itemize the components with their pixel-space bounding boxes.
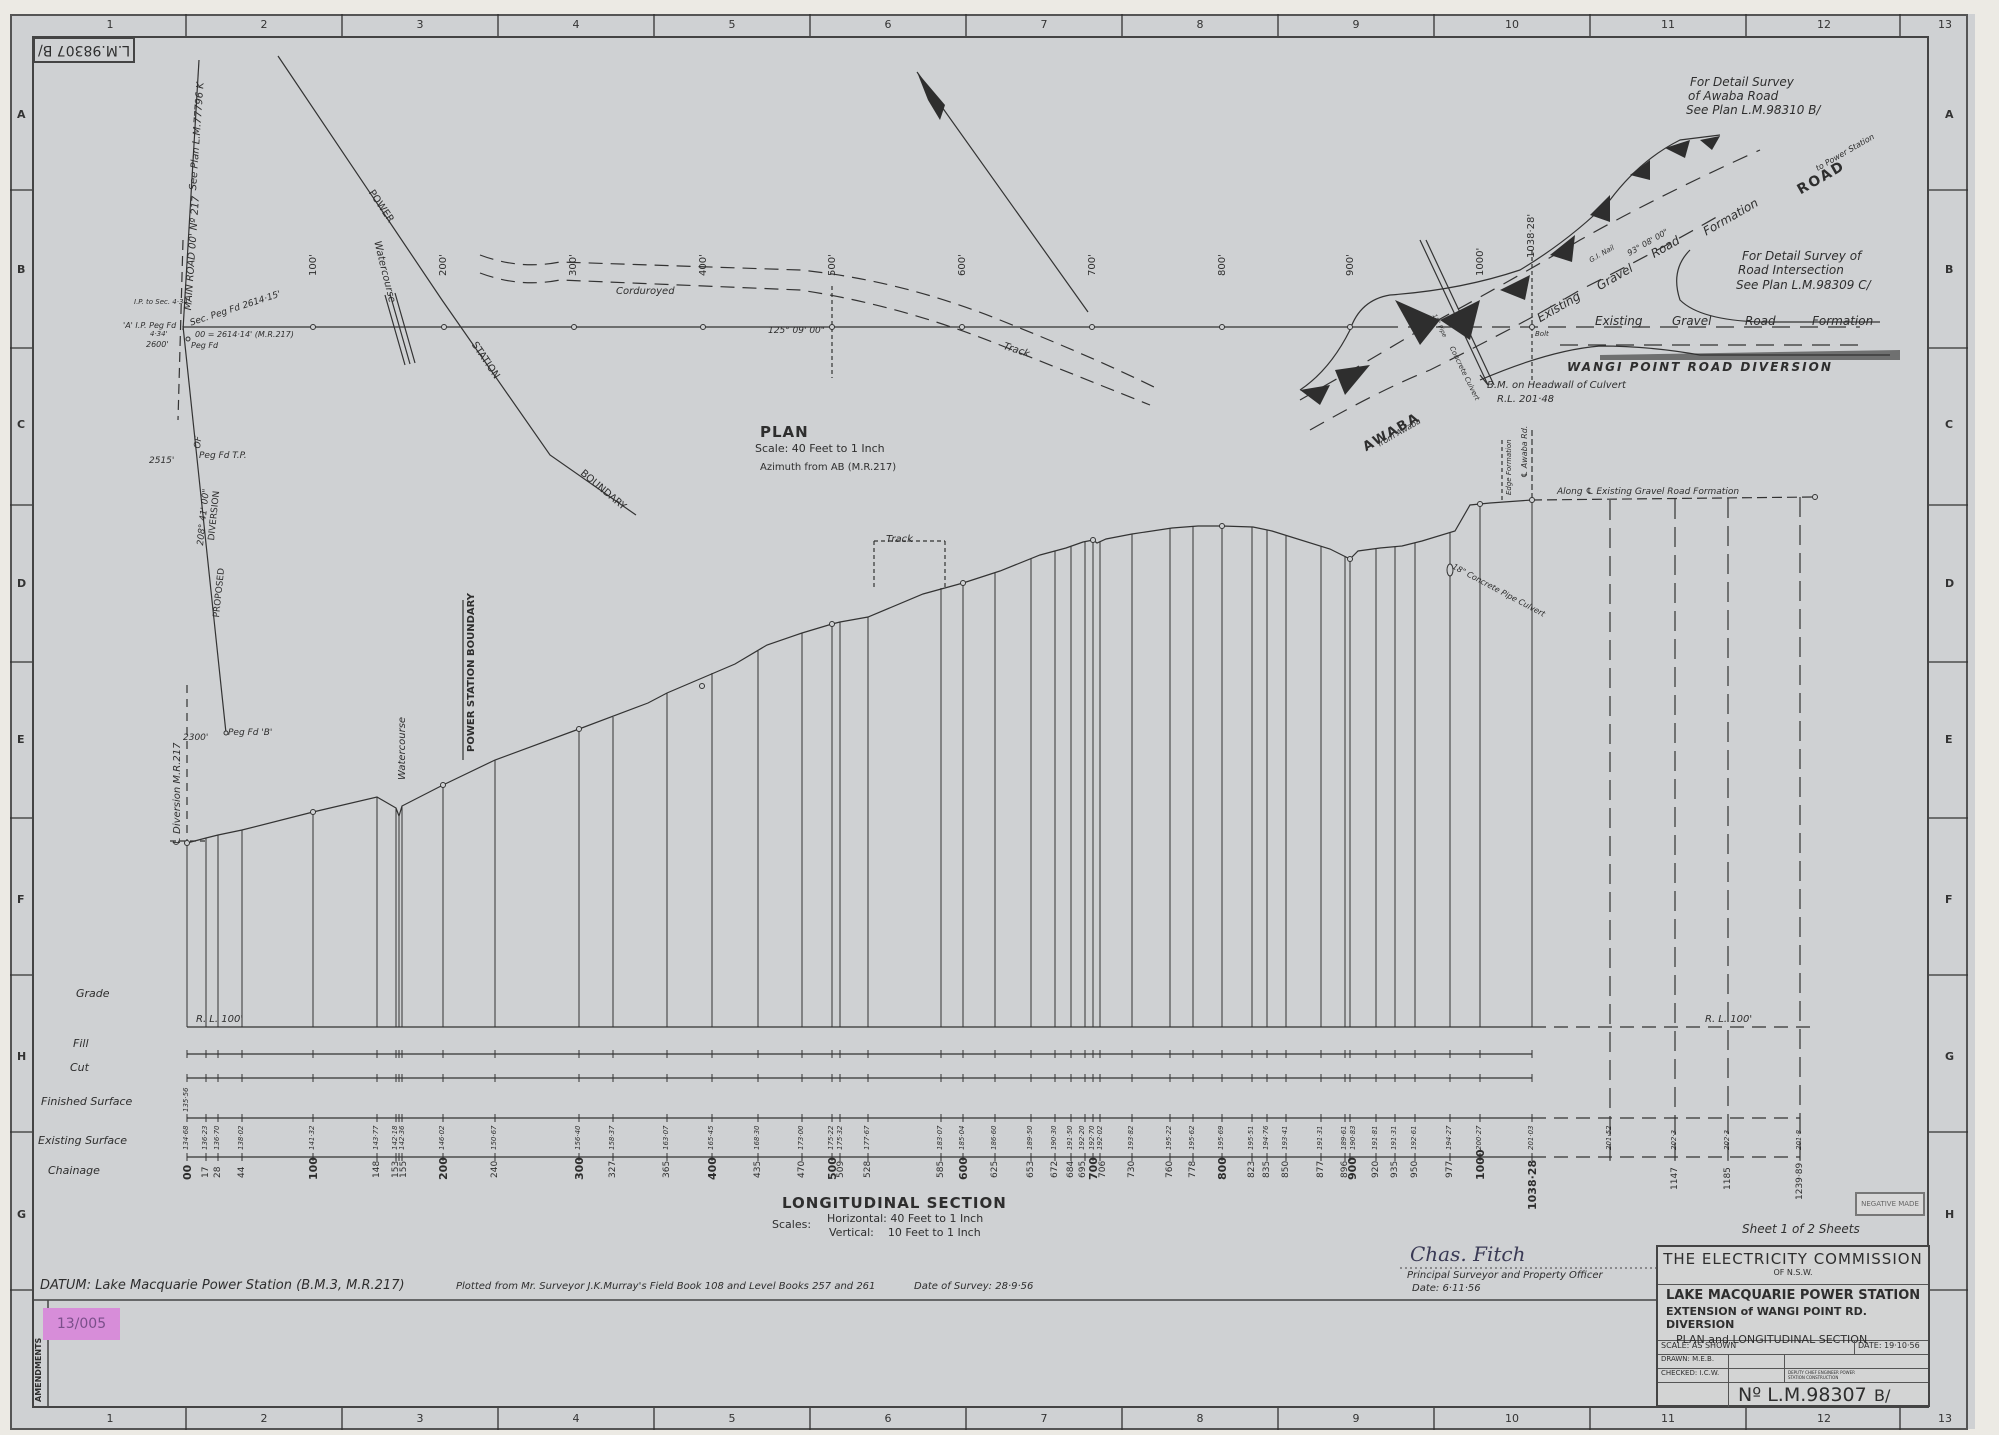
plan-scale: Scale: 40 Feet to 1 Inch bbox=[755, 442, 885, 455]
negative-made-stamp: NEGATIVE MADE bbox=[1855, 1192, 1925, 1216]
along-existing-label: Along ℄ Existing Gravel Road Formation bbox=[1557, 487, 1739, 497]
detail-intersection-line2: Road Intersection bbox=[1738, 263, 1844, 277]
row-label-finished-surface: Finished Surface bbox=[41, 1095, 132, 1108]
chainage-value: 509 bbox=[836, 1161, 846, 1178]
existing-surface-value: 192·61 bbox=[1410, 1126, 1418, 1151]
power-station-boundary-label: POWER STATION BOUNDARY bbox=[466, 593, 477, 752]
datum-text: DATUM: Lake Macquarie Power Station (B.M… bbox=[40, 1278, 405, 1293]
plan-ch-500: 500' bbox=[827, 254, 838, 276]
detail-intersection-line1: For Detail Survey of bbox=[1742, 249, 1861, 263]
amendments-label: AMENDMENTS bbox=[34, 1338, 43, 1402]
chainage-value: 760 bbox=[1165, 1161, 1175, 1178]
signed-date: Date: 6·11·56 bbox=[1412, 1283, 1481, 1294]
chainage-value: 950 bbox=[1410, 1161, 1420, 1178]
plan-ch-1038: 1038·28' bbox=[1526, 214, 1537, 258]
existing-surface-value: 201·03 bbox=[1527, 1126, 1535, 1151]
rl-100-right-label: R. L. 100' bbox=[1705, 1014, 1752, 1025]
chainage-value: 00 bbox=[181, 1165, 194, 1180]
existing-surface-value: 192·02 bbox=[1096, 1126, 1104, 1151]
plan-ch-900: 900' bbox=[1345, 254, 1356, 276]
edge-formation-label: Edge Formation bbox=[1505, 439, 1513, 495]
existing-surface-value: 186·60 bbox=[990, 1126, 998, 1151]
chainage-value: 1038·28 bbox=[1526, 1160, 1539, 1210]
tb-checked-row: CHECKED: I.C.W. DEPUTY CHIEF ENGINEER PO… bbox=[1658, 1369, 1928, 1383]
gravel2-label: Gravel bbox=[1672, 314, 1711, 328]
chainage-value: 835 bbox=[1262, 1161, 1272, 1178]
existing-surface-value: 142·36 bbox=[398, 1126, 406, 1151]
tb-drawing-number: Nº L.M.98307 bbox=[1738, 1384, 1867, 1406]
existing-surface-value: 183·07 bbox=[936, 1126, 944, 1151]
road2-label: Road bbox=[1745, 314, 1776, 328]
row-label-chainage: Chainage bbox=[48, 1164, 100, 1177]
existing-surface-value: 150·67 bbox=[490, 1126, 498, 1151]
tb-scale-row: SCALE: AS SHOWN DATE: 19·10·56 bbox=[1658, 1341, 1928, 1355]
chainage-value: 240 bbox=[490, 1161, 500, 1178]
chainage-value: 850 bbox=[1281, 1161, 1291, 1178]
plotted-from-text: Plotted from Mr. Surveyor J.K.Murray's F… bbox=[456, 1281, 875, 1292]
chainage-value: 44 bbox=[237, 1167, 247, 1178]
chainage-value: 100 bbox=[307, 1157, 320, 1180]
chainage-value: 877 bbox=[1316, 1161, 1326, 1178]
signer-title: Principal Surveyor and Property Officer bbox=[1407, 1270, 1603, 1281]
plan-ch-200: 200' bbox=[438, 254, 449, 276]
chainage-value: 800 bbox=[1216, 1157, 1229, 1180]
chainage-value: 684 bbox=[1066, 1161, 1076, 1178]
section-track-label: Track bbox=[886, 534, 913, 545]
tb-drawn-row: DRAWN: M.E.B. bbox=[1658, 1355, 1928, 1369]
chainage-value: 920 bbox=[1371, 1161, 1381, 1178]
existing-surface-value: 191·50 bbox=[1066, 1126, 1074, 1151]
existing-surface-value: 175·32 bbox=[836, 1126, 844, 1151]
ip-to-sec-label: I.P. to Sec. 4·34' bbox=[134, 298, 190, 306]
existing-surface-value: 195·22 bbox=[1165, 1126, 1173, 1151]
chainage-value: 528 bbox=[863, 1161, 873, 1178]
plan-ch-700: 700' bbox=[1087, 254, 1098, 276]
chainage-value: 300 bbox=[573, 1157, 586, 1180]
tb-title-row: LAKE MACQUARIE POWER STATION EXTENSION o… bbox=[1658, 1285, 1928, 1341]
existing-surface-value: 193·82 bbox=[1127, 1126, 1135, 1151]
tb-org-row: THE ELECTRICITY COMMISSION OF N.S.W. bbox=[1658, 1247, 1928, 1285]
chainage-value: 28 bbox=[213, 1167, 223, 1178]
existing-surface-value: 185·04 bbox=[958, 1126, 966, 1151]
bolt-label: Bolt bbox=[1535, 330, 1549, 338]
tb-scale: SCALE: AS SHOWN bbox=[1661, 1341, 1736, 1350]
chainage-value: 823 bbox=[1247, 1161, 1257, 1178]
existing-surface-value: 165·45 bbox=[707, 1126, 715, 1151]
chainage-value: 1185 bbox=[1723, 1167, 1733, 1190]
tb-number-row: Nº L.M.98307 B/ bbox=[1658, 1383, 1928, 1407]
chainage-value: 17 bbox=[201, 1167, 211, 1178]
existing-surface-value: 175·22 bbox=[827, 1126, 835, 1151]
plan-ch-400: 400' bbox=[698, 254, 709, 276]
existing-surface-value: 141·32 bbox=[308, 1126, 316, 1151]
chainage-value: 200 bbox=[437, 1157, 450, 1180]
plan-ch-1000: 1000' bbox=[1475, 248, 1486, 276]
existing-surface-value: 173·00 bbox=[797, 1126, 805, 1151]
awaba-rd-label: ℄ Awaba Rd. bbox=[1520, 426, 1529, 478]
section-scale-vertical: Vertical: 10 Feet to 1 Inch bbox=[829, 1226, 981, 1239]
chainage-value: 625 bbox=[990, 1161, 1000, 1178]
chainage-value: 1000 bbox=[1474, 1149, 1487, 1180]
existing-surface-value: 193·41 bbox=[1281, 1126, 1289, 1151]
existing-surface-value: 163·07 bbox=[662, 1126, 670, 1151]
tb-revision: B/ bbox=[1874, 1386, 1890, 1405]
plan-ch-800: 800' bbox=[1217, 254, 1228, 276]
existing-surface-value: 191·31 bbox=[1390, 1126, 1398, 1151]
existing-surface-value: 136·70 bbox=[213, 1126, 221, 1151]
existing-surface-value: 190·30 bbox=[1050, 1126, 1058, 1151]
rl-100-left-label: R. L. 100' bbox=[196, 1014, 243, 1025]
section-title: LONGITUDINAL SECTION bbox=[782, 1194, 1007, 1212]
chainage-value: 365 bbox=[662, 1161, 672, 1178]
tb-drawn: DRAWN: M.E.B. bbox=[1661, 1355, 1714, 1363]
detail-awaba-line3: See Plan L.M.98310 B/ bbox=[1686, 103, 1820, 117]
tb-project: LAKE MACQUARIE POWER STATION bbox=[1666, 1288, 1928, 1303]
chainage-value: 600 bbox=[957, 1157, 970, 1180]
existing-surface-value: 190·83 bbox=[1349, 1126, 1357, 1151]
ip-dist-label: 4·34' bbox=[150, 330, 168, 338]
existing-surface-value: 177·67 bbox=[863, 1126, 871, 1151]
ch-2300-label: 2300' bbox=[183, 733, 208, 743]
existing-surface-value: 194·76 bbox=[1262, 1126, 1270, 1151]
existing-surface-value: 168·30 bbox=[753, 1126, 761, 1151]
tb-org: THE ELECTRICITY COMMISSION bbox=[1658, 1250, 1928, 1268]
tb-approver: DEPUTY CHIEF ENGINEER POWER STATION CONS… bbox=[1788, 1370, 1858, 1380]
section-scale-horizontal: Horizontal: 40 Feet to 1 Inch bbox=[827, 1212, 983, 1225]
formation2-label: Formation bbox=[1812, 314, 1873, 328]
existing-surface-value: 201·52 bbox=[1605, 1126, 1613, 1151]
row-label-fill: Fill bbox=[73, 1037, 89, 1050]
chainage-value: 470 bbox=[797, 1161, 807, 1178]
existing-surface-value: 143·77 bbox=[372, 1126, 380, 1151]
sheet-number: Sheet 1 of 2 Sheets bbox=[1742, 1222, 1860, 1236]
chainage-value: 778 bbox=[1188, 1161, 1198, 1178]
survey-date-text: Date of Survey: 28·9·56 bbox=[914, 1281, 1033, 1292]
plan-ch-100: 100' bbox=[308, 254, 319, 276]
row-label-existing-surface: Existing Surface bbox=[38, 1134, 127, 1147]
row-label-grade: Grade bbox=[76, 987, 110, 1000]
bm-headwall-label: B.M. on Headwall of Culvert bbox=[1487, 380, 1626, 391]
chainage-value: 327 bbox=[608, 1161, 618, 1178]
tb-org-sub: OF N.S.W. bbox=[1658, 1268, 1928, 1277]
existing-surface-value: 138·02 bbox=[237, 1126, 245, 1151]
row-label-cut: Cut bbox=[70, 1061, 89, 1074]
existing-surface-value: 156·40 bbox=[574, 1126, 582, 1151]
existing-surface-value: 202·3 bbox=[1723, 1130, 1731, 1150]
peg-fd-label: Peg Fd bbox=[191, 341, 218, 350]
chainage-value: 585 bbox=[936, 1161, 946, 1178]
chainage-value: 672 bbox=[1050, 1161, 1060, 1178]
existing-surface-value: 195·69 bbox=[1217, 1126, 1225, 1151]
peg-tp-label: Peg Fd T.P. bbox=[199, 451, 247, 461]
plan-title: PLAN bbox=[760, 423, 809, 441]
wangi-point-road-diversion-label: WANGI POINT ROAD DIVERSION bbox=[1567, 360, 1833, 374]
chain-00-label: 00 = 2614·14' (M.R.217) bbox=[195, 330, 294, 339]
sticky-note: 13/005 bbox=[43, 1308, 120, 1340]
existing-surface-value: 134·68 bbox=[182, 1126, 190, 1151]
diversion-mr-label: ℄ Diversion M.R.217 bbox=[172, 743, 183, 846]
plan-azimuth: Azimuth from AB (M.R.217) bbox=[760, 462, 896, 473]
chainage-value: 1239·89 bbox=[1795, 1163, 1805, 1200]
chainage-value: 400 bbox=[706, 1157, 719, 1180]
existing-surface-value: 189·50 bbox=[1026, 1126, 1034, 1151]
chainage-value: 148 bbox=[372, 1161, 382, 1178]
point-a-label: 'A' I.P. Peg Fd bbox=[123, 321, 176, 330]
chainage-value: 706 bbox=[1098, 1161, 1108, 1178]
existing-surface-value: 202·3 bbox=[1670, 1130, 1678, 1150]
chainage-value: 155 bbox=[399, 1161, 409, 1178]
drawing-linework bbox=[0, 0, 1999, 1435]
existing-surface-value: 201·8 bbox=[1795, 1130, 1803, 1150]
corduroyed-label: Corduroyed bbox=[616, 286, 675, 297]
tb-checked: CHECKED: I.C.W. bbox=[1661, 1369, 1719, 1377]
ch-2515-label: 2515' bbox=[149, 456, 174, 466]
chainage-value: 900 bbox=[1346, 1157, 1359, 1180]
chainage-value: 1147 bbox=[1670, 1167, 1680, 1190]
existing2-label: Existing bbox=[1595, 314, 1643, 328]
signature: Chas. Fitch bbox=[1410, 1242, 1525, 1266]
section-watercourse-label: Watercourse bbox=[397, 717, 408, 780]
existing-surface-value: 146·02 bbox=[438, 1126, 446, 1151]
title-block: THE ELECTRICITY COMMISSION OF N.S.W. LAK… bbox=[1656, 1245, 1930, 1407]
existing-surface-value: 191·81 bbox=[1371, 1126, 1379, 1151]
finished-surface-value: 135·56 bbox=[182, 1088, 190, 1113]
existing-surface-value: 189·61 bbox=[1340, 1126, 1348, 1151]
ch-2600-label: 2600' bbox=[146, 340, 169, 349]
tb-date: DATE: 19·10·56 bbox=[1854, 1341, 1920, 1355]
existing-surface-value: 194·27 bbox=[1445, 1126, 1453, 1151]
chainage-value: 435 bbox=[753, 1161, 763, 1178]
existing-surface-value: 192·70 bbox=[1088, 1126, 1096, 1151]
chainage-value: 730 bbox=[1127, 1161, 1137, 1178]
existing-surface-value: 158·37 bbox=[608, 1126, 616, 1151]
existing-surface-value: 192·20 bbox=[1078, 1126, 1086, 1151]
existing-surface-value: 136·23 bbox=[201, 1126, 209, 1151]
plan-ch-600: 600' bbox=[957, 254, 968, 276]
chainage-value: 977 bbox=[1445, 1161, 1455, 1178]
plan-ch-300: 300' bbox=[568, 254, 579, 276]
peg-b-label: Peg Fd 'B' bbox=[228, 728, 272, 738]
existing-surface-value: 191·31 bbox=[1316, 1126, 1324, 1151]
tb-subject: EXTENSION of WANGI POINT RD. DIVERSION bbox=[1666, 1305, 1928, 1331]
chainage-value: 653 bbox=[1026, 1161, 1036, 1178]
existing-surface-value: 200·27 bbox=[1475, 1126, 1483, 1151]
azimuth-value: 125° 09' 00" bbox=[768, 326, 825, 336]
of-label: OF bbox=[193, 436, 204, 449]
section-scales-label: Scales: bbox=[772, 1218, 811, 1231]
rl-201-label: R.L. 201·48 bbox=[1497, 394, 1554, 405]
detail-awaba-line2: of Awaba Road bbox=[1688, 89, 1778, 103]
detail-intersection-line3: See Plan L.M.98309 C/ bbox=[1736, 278, 1871, 292]
detail-awaba-line1: For Detail Survey bbox=[1690, 75, 1794, 89]
existing-surface-value: 195·62 bbox=[1188, 1126, 1196, 1151]
existing-surface-value: 195·51 bbox=[1247, 1126, 1255, 1151]
chainage-value: 935 bbox=[1390, 1161, 1400, 1178]
